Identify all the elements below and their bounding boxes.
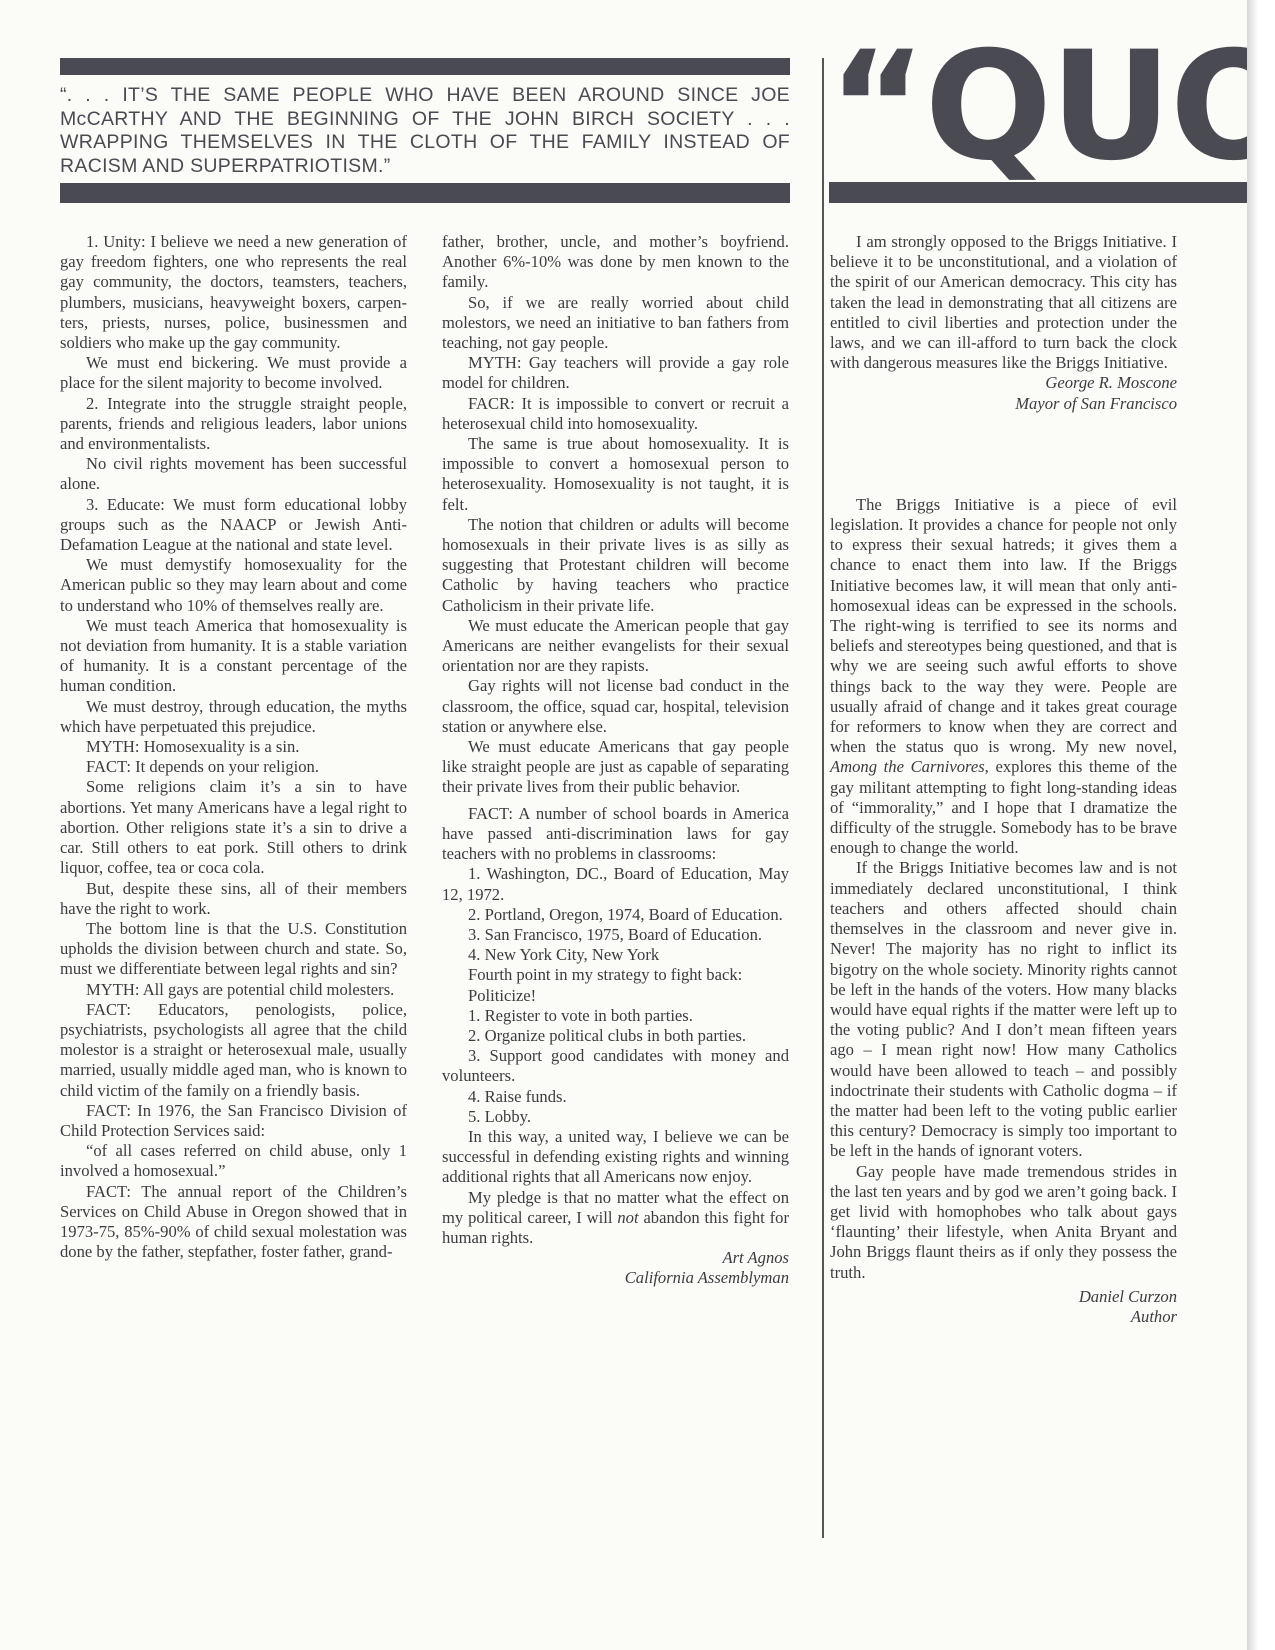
article-column-2: father, brother, uncle, and mother’s boy… — [442, 232, 789, 1289]
spacer — [830, 414, 1177, 495]
paragraph: We must educate Americans that gay peopl… — [442, 737, 789, 798]
pull-quote: “. . . IT’S THE SAME PEOPLE WHO HAVE BEE… — [60, 84, 790, 178]
fact-statement: FACT: A number of school boards in Ameri… — [442, 804, 789, 865]
fact-statement: FACT: Educators, penologists, police, ps… — [60, 1000, 407, 1101]
list-item: 2. Organize political clubs in both part… — [442, 1026, 789, 1046]
paragraph: Fourth point in my strategy to fight bac… — [442, 965, 789, 985]
curzon-paragraph: Gay people have made tremendous strides … — [830, 1162, 1177, 1283]
paragraph: We must demystify homosexuality for the … — [60, 555, 407, 616]
signature-title: California Assemblyman — [442, 1268, 789, 1288]
fact-statement: FACR: It is impossible to convert or rec… — [442, 394, 789, 434]
paragraph: father, brother, uncle, and mother’s boy… — [442, 232, 789, 293]
myth-statement: MYTH: Gay teachers will provide a gay ro… — [442, 353, 789, 393]
list-item: 4. New York City, New York — [442, 945, 789, 965]
top-rule-left — [60, 58, 790, 75]
fact-statement: FACT: In 1976, the San Francisco Divisio… — [60, 1101, 407, 1141]
signature-name: Art Agnos — [442, 1248, 789, 1268]
list-item: 3. San Francisco, 1975, Board of Edu­cat… — [442, 925, 789, 945]
paragraph: We must end bickering. We must pro­vide … — [60, 353, 407, 393]
title-underline-rule — [829, 182, 1247, 203]
article-column-3: I am strongly opposed to the Briggs Init… — [830, 232, 1177, 1327]
paragraph: So, if we are really worried about child… — [442, 293, 789, 354]
paragraph: 3. Educate: We must form educational lob… — [60, 495, 407, 556]
list-item: 5. Lobby. — [442, 1107, 789, 1127]
list-item: 4. Raise funds. — [442, 1087, 789, 1107]
signature-title: Author — [830, 1307, 1177, 1327]
quotation: “of all cases referred on child abuse, o… — [60, 1141, 407, 1181]
bottom-rule-left — [60, 183, 790, 203]
paragraph: 1. Unity: I believe we need a new gen­er… — [60, 232, 407, 353]
fact-statement: FACT: The annual report of the Chil­dren… — [60, 1182, 407, 1263]
myth-statement: MYTH: All gays are potential child moles… — [60, 980, 407, 1000]
paragraph: The notion that children or adults will … — [442, 515, 789, 616]
paragraph: The bottom line is that the U.S. Con­sti… — [60, 919, 407, 980]
page-edge — [1247, 0, 1275, 1650]
curzon-paragraph: The Briggs Initiative is a piece of evil… — [830, 495, 1177, 859]
moscone-statement: I am strongly opposed to the Briggs Init… — [830, 232, 1177, 373]
big-title: “QUO — [828, 32, 1247, 182]
column-divider — [822, 58, 824, 1538]
signature-name: George R. Moscone — [830, 373, 1177, 393]
pledge-paragraph: My pledge is that no matter what the eff… — [442, 1188, 789, 1249]
paragraph: Gay rights will not license bad conduct … — [442, 676, 789, 737]
list-item: 2. Portland, Oregon, 1974, Board of Educ… — [442, 905, 789, 925]
list-item: 3. Support good candidates with money an… — [442, 1046, 789, 1086]
paragraph: No civil rights movement has been succes… — [60, 454, 407, 494]
article-column-1: 1. Unity: I believe we need a new gen­er… — [60, 232, 407, 1262]
signature-title: Mayor of San Francisco — [830, 394, 1177, 414]
list-item: 1. Register to vote in both parties. — [442, 1006, 789, 1026]
paragraph: The same is true about homosexuality. It… — [442, 434, 789, 515]
paragraph: Politicize! — [442, 986, 789, 1006]
paragraph: 2. Integrate into the struggle straight … — [60, 394, 407, 455]
paragraph: We must educate the American people that… — [442, 616, 789, 677]
paragraph: In this way, a united way, I believe we … — [442, 1127, 789, 1188]
curzon-paragraph: If the Briggs Initiative becomes law and… — [830, 858, 1177, 1161]
signature-name: Daniel Curzon — [830, 1287, 1177, 1307]
paragraph: But, despite these sins, all of their me… — [60, 879, 407, 919]
myth-statement: MYTH: Homosexuality is a sin. — [60, 737, 407, 757]
paragraph: We must teach America that homo­sexualit… — [60, 616, 407, 697]
fact-statement: FACT: It depends on your religion. — [60, 757, 407, 777]
paragraph: We must destroy, through education, the … — [60, 697, 407, 737]
paragraph: Some religions claim it’s a sin to have … — [60, 777, 407, 878]
list-item: 1. Washington, DC., Board of Educa­tion,… — [442, 864, 789, 904]
magazine-page: “. . . IT’S THE SAME PEOPLE WHO HAVE BEE… — [0, 0, 1247, 1650]
